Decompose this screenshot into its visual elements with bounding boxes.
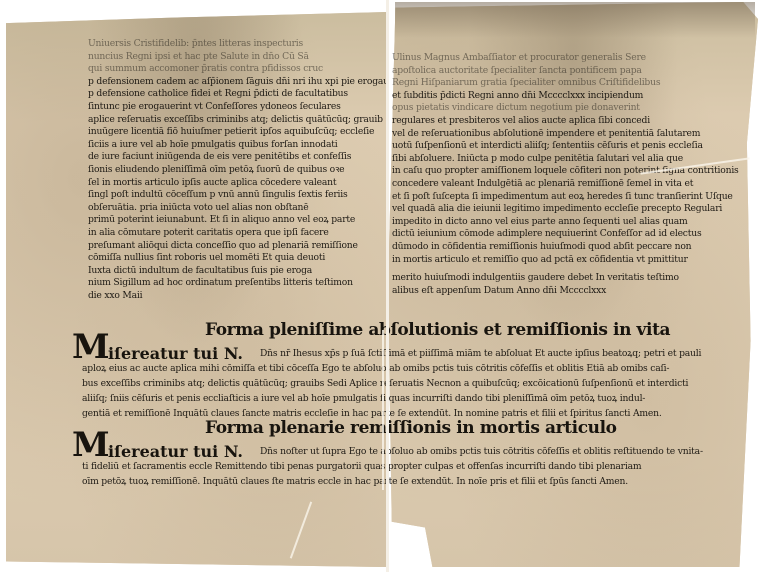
text-line: ti fideliū et ſacramentis eccle Remitten…	[82, 459, 752, 474]
text-line: aplice reſeruatis exceſſibs criminibs at…	[88, 114, 388, 127]
text-line: opus pietatis vindicare dictum negotium …	[392, 102, 740, 115]
section2-body: Dn̄s noſter ut ſupra Ego te abſoluo ab o…	[82, 444, 752, 489]
text-line: ſionis eliudendo pleniſſimā oīm petōꝝ ſu…	[88, 164, 388, 177]
soiled-top-edge	[395, 2, 755, 38]
text-line: regulares et presbiteros vel alios aucte…	[392, 115, 740, 128]
text-line: inuūgere licentiā fiō huiuſmer petierit …	[88, 126, 388, 139]
text-line: aliiſq; ſniis cēſuris et penis eccliaſti…	[82, 391, 752, 406]
section1-heading: Forma pleniſſime abſolutionis et remiſſi…	[205, 320, 670, 340]
text-line: nium Sigillum ad hoc ordinatum preſentib…	[88, 277, 388, 290]
text-line: Ulinus Magnus Ambaſſiator et procurator …	[392, 52, 740, 65]
text-line: ſibi abſoluere. Iniūcta p modo culpe pen…	[392, 153, 740, 166]
text-line: concedere valeant Indulgētiā ac plenariā…	[392, 178, 740, 191]
text-line: Regni Hiſpaniarum gratia ſpecialiter omn…	[392, 77, 740, 90]
text-line: ſel in mortis articulo ipſis aucte aplic…	[88, 177, 388, 190]
text-line: oīm petōꝝ tuoꝝ remiſſionē. Inquātū claue…	[82, 474, 752, 489]
text-line: Dn̄s noſter ut ſupra Ego te abſoluo ab o…	[82, 444, 752, 459]
section2-heading: Forma plenarie remiſſionis in mortis art…	[205, 418, 617, 438]
text-line: cōmiſſa nullius ſint roboris uel momēti …	[88, 252, 388, 265]
text-line: alibus eſt appenſum Datum Anno dn̄i Mccc…	[392, 285, 740, 298]
text-line: primū poterint ieiunabunt. Et ſi in aliq…	[88, 214, 388, 227]
text-line: ſingl poſt indultū cōceſſum p vnū annū ſ…	[88, 189, 388, 202]
text-line: nuncius Regni ipsi et hac pte Salute in …	[88, 51, 388, 64]
text-line: Dn̄s nr̄ Ihesus xp̄s p ſuā ſctiſſimā et …	[82, 346, 752, 361]
text-line: in mortis articulo et remiſſio quo ad pc…	[392, 254, 740, 267]
text-line: vel de reſeruationibus abſolutionē impen…	[392, 128, 740, 141]
text-line: Uniuersis Cristifidelib: p̄ntes litteras…	[88, 38, 388, 51]
opening-text-right: Ulinus Magnus Ambaſſiator et procurator …	[392, 52, 740, 297]
text-line: bus exceſſibs criminibs atq; delictis qu…	[82, 376, 752, 391]
text-line: et ſi poſt ſuſcepta ſi impedimentum aut …	[392, 191, 740, 204]
text-line: preſumant aliōqui dicta conceſſio quo ad…	[88, 240, 388, 253]
text-line: p defensionem cadem ac aſp̄ionem ſāguis …	[88, 76, 388, 89]
text-line: obſeruātia. pria iniūcta voto uel alias …	[88, 202, 388, 215]
text-line: ſiciis a iure vel ab hoīe pmulgatis quib…	[88, 139, 388, 152]
text-line: p defensione catholice fidei et Regni p̄…	[88, 88, 388, 101]
text-line: impedito in dicto anno vel eius parte an…	[392, 216, 740, 229]
section1-body: Dn̄s nr̄ Ihesus xp̄s p ſuā ſctiſſimā et …	[82, 346, 752, 421]
text-line: qui summum accomoner p̄ratis contra pfid…	[88, 63, 388, 76]
text-line: et ſubditis p̄dicti Regni anno dn̄i Mccc…	[392, 90, 740, 103]
text-line: de iure faciunt iniūgenda de eis vere pe…	[88, 151, 388, 164]
tear-seam	[386, 0, 389, 572]
text-line: aploꝝ eius ac aucte aplica mihi cōmiſſa …	[82, 361, 752, 376]
text-line: ſintunc pie erogauerint vt Confeſſores y…	[88, 101, 388, 114]
text-line: merito huiuſmodi indulgentiis gaudere de…	[392, 272, 740, 285]
opening-text-left: Uniuersis Cristifidelib: p̄ntes litteras…	[88, 38, 388, 302]
text-line: dūmodo in cōfidentia remiſſionis huiuſmo…	[392, 241, 740, 254]
text-line: vel quadā alia die ieiunii legitimo impe…	[392, 203, 740, 216]
text-line: apoſtolica auctoritate ſpecialiter ſanct…	[392, 65, 740, 78]
text-line: Iuxta dictū indultum de facultatibus ſui…	[88, 265, 388, 278]
text-line: dictū ieiunium cōmode adimplere nequiuer…	[392, 228, 740, 241]
text-line: die xxo Maii	[88, 290, 388, 303]
text-line: in alia cōmutare poterit caritatis opera…	[88, 227, 388, 240]
crack	[382, 330, 384, 490]
text-line: uotū ſuſpenſionū et interdicti aliiſq; ſ…	[392, 140, 740, 153]
